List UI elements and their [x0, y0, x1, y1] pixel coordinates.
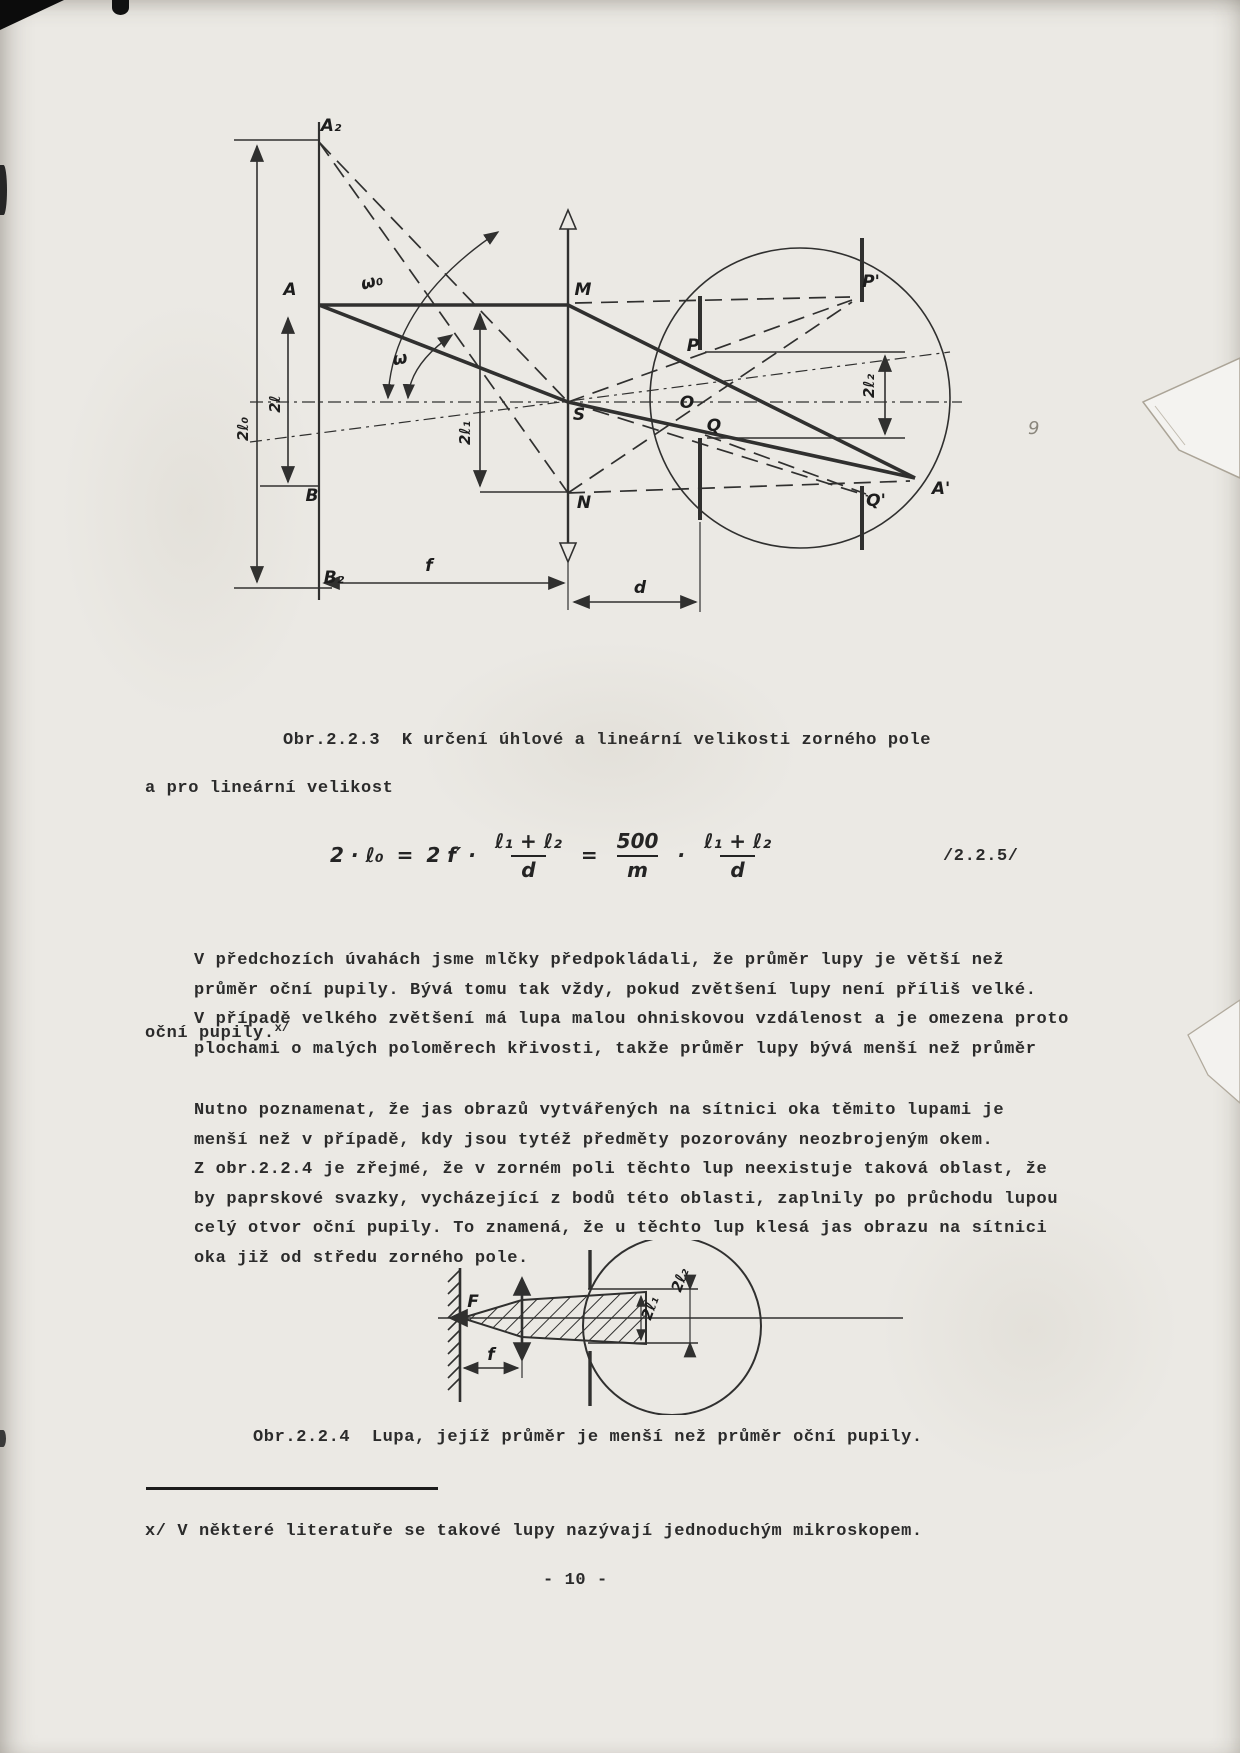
- scan-corner-mark: [0, 0, 64, 30]
- scan-edge-smudge: [0, 165, 7, 215]
- figure-label: A₂: [321, 116, 342, 136]
- figure-label: 2ℓ₂: [860, 374, 878, 398]
- figure-label: d: [634, 578, 646, 598]
- figure-label: ω: [391, 348, 409, 370]
- figure-label: F: [467, 1292, 479, 1312]
- text-line: průměr oční pupily. Bývá tomu tak vždy, …: [145, 976, 1069, 1006]
- equation-ref: /2.2.5/: [943, 847, 1019, 866]
- figure-label: A': [932, 479, 950, 499]
- intro-line: a pro lineární velikost: [145, 779, 393, 798]
- text-line: by paprskové svazky, vycházející z bodů …: [145, 1185, 1058, 1215]
- figure-label: O: [680, 393, 694, 413]
- figure-label: P': [862, 272, 880, 292]
- figure-label: A: [283, 280, 296, 300]
- equation-mid: 2 f′ ·: [426, 843, 475, 867]
- equation-lhs: 2 · ℓ₀: [330, 843, 384, 867]
- text-line: menší než v případě, kdy jsou tytéž před…: [145, 1126, 1058, 1156]
- figure-label: N: [577, 493, 591, 513]
- figure-label: S: [573, 405, 585, 425]
- figure-label: Q': [866, 491, 886, 511]
- figure-label: B₂: [324, 568, 344, 588]
- scan-edge-smudge: [112, 0, 129, 15]
- footnote-text: x/ V některé literatuře se takové lupy n…: [145, 1522, 923, 1541]
- figure-label: M: [575, 280, 592, 300]
- text-line: Nutno poznamenat, že jas obrazů vytvářen…: [145, 1096, 1058, 1126]
- figure-label: f: [487, 1345, 494, 1365]
- text-line: V předchozích úvahách jsme mlčky předpok…: [145, 946, 1069, 976]
- paragraph-2: Nutno poznamenat, že jas obrazů vytvářen…: [145, 1058, 1058, 1164]
- paper-stain: [60, 300, 320, 720]
- figure-label: Q: [707, 416, 721, 436]
- paper-stain: [420, 640, 800, 860]
- scan-edge-smudge: [0, 1430, 6, 1447]
- pencil-mark: 9: [1028, 418, 1039, 439]
- footnote-marker: x/: [275, 1021, 289, 1035]
- page-number: - 10 -: [543, 1571, 608, 1590]
- figure-2-caption: Obr.2.2.4 Lupa, jejíž průměr je menší ne…: [253, 1428, 923, 1447]
- figure-label: f: [425, 556, 432, 576]
- scanned-document-page: A₂ABB₂MSNPOQP'Q'A'ω₀ω2ℓ₀2ℓ2ℓ₁2ℓ₂fd Ff2ℓ₁…: [0, 0, 1240, 1753]
- paragraph-1: V předchozích úvahách jsme mlčky předpok…: [145, 908, 1069, 1081]
- figure-label: 2ℓ₁: [456, 421, 474, 445]
- equals-sign: =: [397, 843, 414, 867]
- paper-tear: [1085, 350, 1240, 490]
- paper-stain: [880, 1180, 1180, 1480]
- figure-label: P: [687, 336, 699, 356]
- footnote-rule: [146, 1487, 438, 1490]
- paper-tear: [1160, 995, 1240, 1110]
- text-line: Z obr.2.2.4 je zřejmé, že v zorném poli …: [145, 1155, 1058, 1185]
